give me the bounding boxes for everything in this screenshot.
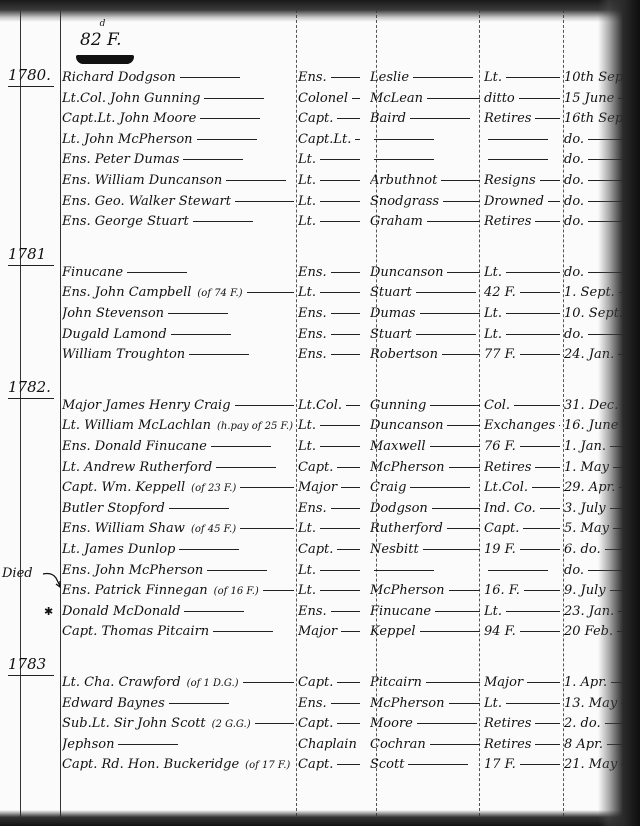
vacancy-cell: Lt. (484, 304, 560, 324)
fill-dash (320, 292, 360, 293)
officer-name-text: Major James Henry Craig (62, 398, 231, 413)
rank-cell: Ens. (298, 304, 360, 324)
rank-cell: Ens. (298, 68, 360, 88)
officer-name: Jephson (62, 735, 294, 755)
fill-dash (180, 77, 240, 78)
officer-name: Ens. Donald Finucane (62, 437, 294, 457)
fill-dash (416, 292, 476, 293)
fill-dash (430, 405, 480, 406)
date-cell-text: 6. do. (564, 542, 601, 557)
rank-cell-text: Ens. (298, 696, 327, 711)
successor-cell (370, 561, 480, 581)
ledger-row: Donald McDonaldEns.FinucaneLt.23. Jan. (62, 602, 622, 622)
fill-dash (535, 221, 560, 222)
successor-cell-text: Rutherford (370, 521, 443, 536)
successor-cell-text: Craig (370, 480, 406, 495)
fill-dash (535, 744, 560, 745)
vacancy-cell-text: Lt. (484, 70, 502, 85)
rank-cell: Lt. (298, 192, 360, 212)
ledger-row: Edward BaynesEns.McPhersonLt.13. May (62, 694, 622, 714)
rank-cell-text: Lt. (298, 583, 316, 598)
rank-cell: Lt. (298, 581, 360, 601)
vacancy-cell: Exchanges (484, 416, 560, 436)
vacancy-cell-text: Resigns (484, 173, 536, 188)
officer-name: Ens. Peter Dumas (62, 150, 294, 170)
rank-cell-text: Lt. (298, 439, 316, 454)
successor-cell: Duncanson (370, 416, 480, 436)
fill-dash (320, 221, 360, 222)
fill-dash (341, 631, 360, 632)
officer-name-text: Lt. William McLachlan (62, 418, 211, 433)
vacancy-cell-text: Lt. (484, 696, 502, 711)
officer-name-text: Ens. William Shaw (62, 521, 185, 536)
fill-dash (337, 764, 360, 765)
officer-name-text: Ens. Geo. Walker Stewart (62, 194, 231, 209)
rank-cell: Ens. (298, 345, 360, 365)
ledger-row: FinucaneEns.DuncansonLt.do. (62, 263, 622, 283)
fill-dash (216, 467, 276, 468)
officer-name-text: John Stevenson (62, 306, 164, 321)
officer-name: John Stevenson (62, 304, 294, 324)
officer-name-text: Lt. Andrew Rutherford (62, 460, 212, 475)
rank-cell: Lt. (298, 561, 360, 581)
vacancy-cell: ditto (484, 89, 560, 109)
fill-dash (331, 703, 360, 704)
vacancy-cell: 42 F. (484, 283, 560, 303)
officer-name: Ens. William Duncanson (62, 171, 294, 191)
fill-dash (548, 201, 560, 202)
fill-dash (355, 139, 360, 140)
officer-name: Ens. Geo. Walker Stewart (62, 192, 294, 212)
ledger-row: Major James Henry CraigLt.Col.GunningCol… (62, 396, 622, 416)
ledger-row: Ens. George StuartLt.GrahamRetiresdo. (62, 212, 622, 232)
fill-dash (447, 425, 480, 426)
fill-dash (449, 703, 481, 704)
vacancy-cell-text: 77 F. (484, 347, 516, 362)
vacancy-cell (484, 150, 560, 170)
ledger-page: 82 F.d 1780.Richard DodgsonEns.LeslieLt.… (0, 0, 640, 826)
successor-cell: Craig (370, 478, 480, 498)
regiment-heading: 82 F.d (80, 30, 127, 50)
vacancy-cell: 77 F. (484, 345, 560, 365)
successor-cell: McLean (370, 89, 480, 109)
year-label: 1783 (8, 655, 54, 676)
successor-cell: Rutherford (370, 519, 480, 539)
officer-name-text: Ens. John McPherson (62, 563, 203, 578)
rank-cell: Lt. (298, 519, 360, 539)
fill-dash (320, 201, 360, 202)
officer-name-text: Butler Stopford (62, 501, 165, 516)
fill-dash (247, 292, 294, 293)
fill-dash (320, 570, 360, 571)
vacancy-cell-text: Retires (484, 111, 531, 126)
officer-name: Butler Stopford (62, 499, 294, 519)
fill-dash (168, 313, 228, 314)
successor-cell-text: Gunning (370, 398, 426, 413)
vacancy-cell: Retires (484, 735, 560, 755)
fill-dash (243, 682, 294, 683)
fill-dash (337, 723, 360, 724)
redaction-bar (76, 55, 134, 64)
rank-cell-text: Chaplain (298, 737, 357, 752)
vacancy-cell-text: Retires (484, 460, 531, 475)
ledger-row: JephsonChaplainCochranRetires8 Apr. (62, 735, 622, 755)
vacancy-cell-text: Major (484, 675, 523, 690)
successor-cell-text: Dodgson (370, 501, 428, 516)
successor-cell-text: Cochran (370, 737, 426, 752)
successor-cell: Arbuthnot (370, 171, 480, 191)
vacancy-cell: Drowned (484, 192, 560, 212)
successor-cell-text: Robertson (370, 347, 438, 362)
rank-cell-text: Capt. (298, 111, 333, 126)
fill-dash (417, 723, 477, 724)
vacancy-cell: Lt. (484, 694, 560, 714)
regiment-label: 82 F. (80, 30, 122, 50)
vacancy-cell: 94 F. (484, 622, 560, 642)
vacancy-cell: Col. (484, 396, 560, 416)
successor-cell-text: Finucane (370, 604, 431, 619)
fill-dash (320, 446, 360, 447)
fill-dash (432, 508, 480, 509)
rank-cell-text: Capt. (298, 716, 333, 731)
rank-cell-text: Lt. (298, 521, 316, 536)
officer-name-text: Ens. George Stuart (62, 214, 189, 229)
rank-cell-text: Ens. (298, 70, 327, 85)
vacancy-cell-text: Lt. (484, 327, 502, 342)
vacancy-cell: 19 F. (484, 540, 560, 560)
fill-dash (331, 611, 360, 612)
vacancy-cell (484, 561, 560, 581)
successor-cell-text: Pitcairn (370, 675, 422, 690)
fill-dash (488, 139, 548, 140)
fill-dash (441, 180, 480, 181)
vacancy-cell: Capt. (484, 519, 560, 539)
officer-name: Finucane (62, 263, 294, 283)
successor-cell-text: Dumas (370, 306, 416, 321)
rank-cell: Ens. (298, 499, 360, 519)
fill-dash (410, 487, 470, 488)
fill-dash (200, 118, 260, 119)
officer-name: Edward Baynes (62, 694, 294, 714)
rank-cell: Capt. (298, 458, 360, 478)
margin-note-died: Died (2, 566, 33, 581)
rank-cell: Lt.Col. (298, 396, 360, 416)
rank-cell-text: Lt. (298, 173, 316, 188)
fill-dash (427, 221, 480, 222)
fill-dash (420, 313, 480, 314)
ledger-row: John StevensonEns.DumasLt.10. Sept. (62, 304, 622, 324)
fill-dash (331, 313, 360, 314)
officer-name: William Troughton (62, 345, 294, 365)
rank-cell: Ens. (298, 325, 360, 345)
vacancy-cell: Lt. (484, 68, 560, 88)
vacancy-cell-text: Lt. (484, 604, 502, 619)
fill-dash (506, 272, 560, 273)
fill-dash (374, 159, 434, 160)
rank-cell: Capt.Lt. (298, 130, 360, 150)
rank-cell-text: Ens. (298, 327, 327, 342)
officer-name-text: Ens. William Duncanson (62, 173, 222, 188)
fill-dash (235, 405, 294, 406)
successor-cell: Dumas (370, 304, 480, 324)
date-cell-text: do. (564, 152, 584, 167)
successor-cell-text: McLean (370, 91, 423, 106)
fill-dash (204, 98, 264, 99)
officer-name: Ens. William Shaw(of 45 F.) (62, 519, 294, 540)
officer-name-text: Lt. James Dunlop (62, 542, 175, 557)
successor-cell: McPherson (370, 458, 480, 478)
rank-cell: Capt. (298, 714, 360, 734)
officer-name: Lt.Col. John Gunning (62, 89, 294, 109)
fill-dash (532, 487, 560, 488)
fill-dash (169, 508, 229, 509)
rank-cell-text: Capt. (298, 675, 333, 690)
fill-dash (331, 508, 360, 509)
rank-cell-text: Ens. (298, 347, 327, 362)
successor-cell-text: Baird (370, 111, 406, 126)
rank-cell-text: Lt. (298, 152, 316, 167)
fill-dash (442, 354, 480, 355)
fill-dash (211, 446, 271, 447)
officer-name: Capt.Lt. John Moore (62, 109, 294, 129)
fill-dash (427, 98, 480, 99)
margin-rule-inner (60, 0, 61, 826)
fill-dash (506, 313, 560, 314)
ledger-row: Ens. John Campbell(of 74 F.)Lt.Stuart42 … (62, 283, 622, 303)
officer-note: (2 G.G.) (212, 719, 251, 730)
vacancy-cell (484, 130, 560, 150)
successor-cell: Keppel (370, 622, 480, 642)
fill-dash (183, 159, 243, 160)
rank-cell: Ens. (298, 694, 360, 714)
officer-name: Ens. John Campbell(of 74 F.) (62, 283, 294, 304)
successor-cell: Cochran (370, 735, 480, 755)
vacancy-cell: 16. F. (484, 581, 560, 601)
ledger-row: Ens. William Shaw(of 45 F.)Lt.Rutherford… (62, 519, 622, 539)
ledger-row: Ens. William DuncansonLt.ArbuthnotResign… (62, 171, 622, 191)
officer-name: Capt. Thomas Pitcairn (62, 622, 294, 642)
fill-dash (443, 201, 480, 202)
rank-cell: Lt. (298, 416, 360, 436)
successor-cell-text: Duncanson (370, 418, 443, 433)
vacancy-cell-text: 42 F. (484, 285, 516, 300)
fill-dash (169, 703, 229, 704)
fill-dash (506, 334, 560, 335)
vacancy-cell-text: Retires (484, 716, 531, 731)
rank-cell-text: Ens. (298, 265, 327, 280)
officer-name: Lt. Andrew Rutherford (62, 458, 294, 478)
successor-cell: Stuart (370, 283, 480, 303)
fill-dash (520, 354, 560, 355)
fill-dash (193, 221, 253, 222)
rank-cell: Lt. (298, 212, 360, 232)
officer-name-text: Lt. Cha. Crawford (62, 675, 181, 690)
vacancy-cell: Lt. (484, 325, 560, 345)
rank-cell-text: Lt. (298, 563, 316, 578)
arrow-icon (42, 570, 64, 592)
scan-shadow-bottom (0, 810, 640, 826)
officer-note: (of 17 F.) (245, 760, 290, 771)
rank-cell-text: Capt. (298, 542, 333, 557)
successor-cell-text: McPherson (370, 696, 445, 711)
vacancy-cell: Resigns (484, 171, 560, 191)
vacancy-cell: Lt. (484, 602, 560, 622)
officer-name-text: Capt. Rd. Hon. Buckeridge (62, 757, 239, 772)
successor-cell (370, 150, 480, 170)
vacancy-cell: Lt.Col. (484, 478, 560, 498)
year-label: 1780. (8, 66, 54, 87)
ledger-row: Lt. James DunlopCapt.Nesbitt19 F.6. do. (62, 540, 622, 560)
fill-dash (540, 180, 560, 181)
vacancy-cell-text: Ind. Co. (484, 501, 536, 516)
fill-dash (346, 405, 360, 406)
officer-name-text: Edward Baynes (62, 696, 165, 711)
officer-name-text: Capt.Lt. John Moore (62, 111, 196, 126)
officer-name: Capt. Wm. Keppell(of 23 F.) (62, 478, 294, 499)
rank-cell: Lt. (298, 171, 360, 191)
officer-name: Sub.Lt. Sir John Scott(2 G.G.) (62, 714, 294, 735)
date-cell-text: do. (564, 327, 584, 342)
fill-dash (520, 631, 560, 632)
vacancy-cell-text: Capt. (484, 521, 519, 536)
vacancy-cell: Major (484, 673, 560, 693)
fill-dash (410, 118, 470, 119)
rank-cell: Major (298, 478, 360, 498)
fill-dash (520, 446, 560, 447)
fill-dash (435, 611, 480, 612)
officer-name-text: Richard Dodgson (62, 70, 176, 85)
fill-dash (449, 467, 481, 468)
rank-cell: Ens. (298, 602, 360, 622)
fill-dash (320, 528, 360, 529)
successor-cell-text: Scott (370, 757, 404, 772)
successor-cell-text: Duncanson (370, 265, 443, 280)
fill-dash (320, 180, 360, 181)
successor-cell-text: Keppel (370, 624, 416, 639)
date-cell-text: 2. do. (564, 716, 601, 731)
ledger-row: Dugald LamondEns.StuartLt.do. (62, 325, 622, 345)
officer-name-text: Ens. Patrick Finnegan (62, 583, 208, 598)
officer-name: Lt. Cha. Crawford(of 1 D.G.) (62, 673, 294, 694)
date-cell-text: do. (564, 132, 584, 147)
ledger-row: Ens. Donald FinucaneLt.Maxwell76 F.1. Ja… (62, 437, 622, 457)
officer-name-text: Donald McDonald (62, 604, 180, 619)
rank-cell-text: Lt. (298, 194, 316, 209)
fill-dash (255, 723, 294, 724)
vacancy-cell: Retires (484, 109, 560, 129)
ledger-row: Ens. Peter DumasLt.do. (62, 150, 622, 170)
officer-name: Ens. George Stuart (62, 212, 294, 232)
successor-cell: Graham (370, 212, 480, 232)
successor-cell-text: Nesbitt (370, 542, 419, 557)
fill-dash (506, 611, 560, 612)
rank-cell: Lt. (298, 437, 360, 457)
vacancy-cell-text: Col. (484, 398, 510, 413)
fill-dash (535, 723, 560, 724)
fill-dash (179, 549, 239, 550)
fill-dash (337, 118, 360, 119)
ledger-row: Lt. Andrew RutherfordCapt.McPhersonRetir… (62, 458, 622, 478)
vacancy-cell-text: ditto (484, 91, 515, 106)
vacancy-cell: Lt. (484, 263, 560, 283)
fill-dash (263, 590, 294, 591)
fill-dash (488, 570, 548, 571)
successor-cell: Robertson (370, 345, 480, 365)
fill-dash (207, 570, 267, 571)
rank-cell-text: Colonel (298, 91, 348, 106)
fill-dash (559, 425, 560, 426)
officer-name-text: Capt. Thomas Pitcairn (62, 624, 209, 639)
officer-note: (of 1 D.G.) (187, 678, 239, 689)
officer-note: (of 74 F.) (197, 288, 242, 299)
rank-cell: Capt. (298, 109, 360, 129)
successor-cell-text: Moore (370, 716, 413, 731)
fill-dash (184, 611, 244, 612)
rank-cell: Capt. (298, 540, 360, 560)
fill-dash (320, 590, 360, 591)
ledger-row: Richard DodgsonEns.LeslieLt.10th Sept (62, 68, 622, 88)
rank-cell-text: Major (298, 624, 337, 639)
vacancy-cell-text: Retires (484, 737, 531, 752)
vacancy-cell-text: 19 F. (484, 542, 516, 557)
ledger-row: Lt. William McLachlan(h.pay of 25 F.)Lt.… (62, 416, 622, 436)
fill-dash (523, 528, 560, 529)
successor-cell: Maxwell (370, 437, 480, 457)
vacancy-cell-text: Lt.Col. (484, 480, 528, 495)
ledger-row: Sub.Lt. Sir John Scott(2 G.G.)Capt.Moore… (62, 714, 622, 734)
rank-cell: Capt. (298, 755, 360, 775)
officer-note: (of 45 F.) (191, 524, 236, 535)
fill-dash (226, 180, 286, 181)
rank-cell-text: Ens. (298, 306, 327, 321)
vacancy-cell: Retires (484, 212, 560, 232)
fill-dash (520, 764, 560, 765)
successor-cell-text: Arbuthnot (370, 173, 437, 188)
successor-cell: Pitcairn (370, 673, 480, 693)
scan-shadow-top (0, 0, 640, 22)
vacancy-cell-text: Exchanges (484, 418, 555, 433)
vacancy-cell-text: 94 F. (484, 624, 516, 639)
fill-dash (240, 528, 294, 529)
fill-dash (488, 159, 548, 160)
vacancy-cell-text: Lt. (484, 265, 502, 280)
vacancy-cell-text: Drowned (484, 194, 544, 209)
officer-name-text: Sub.Lt. Sir John Scott (62, 716, 206, 731)
fill-dash (430, 744, 480, 745)
vacancy-cell-text: Retires (484, 214, 531, 229)
officer-name: Dugald Lamond (62, 325, 294, 345)
officer-name: Lt. John McPherson (62, 130, 294, 150)
fill-dash (535, 118, 560, 119)
successor-cell-text: Leslie (370, 70, 409, 85)
rank-cell-text: Major (298, 480, 337, 495)
fill-dash (449, 590, 481, 591)
ledger-row: Lt. John McPhersonCapt.Lt.do. (62, 130, 622, 150)
officer-note: (h.pay of 25 F.) (217, 421, 293, 432)
fill-dash (235, 201, 294, 202)
successor-cell-text: Graham (370, 214, 423, 229)
fill-dash (337, 467, 360, 468)
successor-cell-text: McPherson (370, 460, 445, 475)
date-cell-text: do. (564, 173, 584, 188)
rank-cell-text: Ens. (298, 604, 327, 619)
officer-name: Ens. Patrick Finnegan(of 16 F.) (62, 581, 294, 602)
fill-dash (331, 272, 360, 273)
ledger-row: Lt.Col. John GunningColonelMcLeanditto15… (62, 89, 622, 109)
officer-name-text: Ens. Donald Finucane (62, 439, 207, 454)
officer-name: Ens. John McPherson (62, 561, 294, 581)
officer-name: Capt. Rd. Hon. Buckeridge(of 17 F.) (62, 755, 294, 776)
